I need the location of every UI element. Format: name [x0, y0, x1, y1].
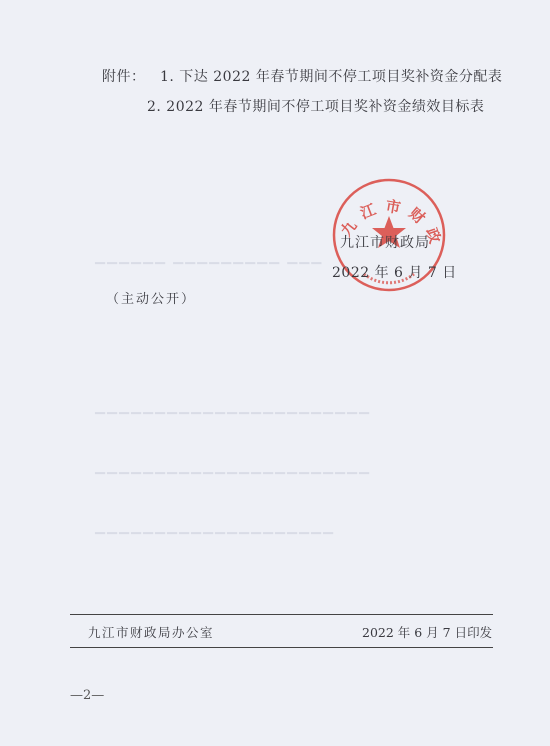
attachment-item-2: 2. 2022 年春节期间不停工项目奖补资金绩效目标表: [147, 96, 484, 116]
footer-bottom-rule: [70, 647, 493, 648]
document-page: ▁▁▁▁▁▁ ▁▁▁▁▁▁▁▁▁ ▁▁▁ ▁▁▁▁▁▁▁▁▁▁▁▁▁▁▁▁▁▁▁…: [0, 0, 550, 746]
bleed-through-text: ▁▁▁▁▁▁▁▁▁▁▁▁▁▁▁▁▁▁▁▁▁▁▁: [95, 400, 371, 415]
signing-date: 2022 年 6 月 7 日: [332, 262, 457, 282]
bleed-through-text: ▁▁▁▁▁▁ ▁▁▁▁▁▁▁▁▁ ▁▁▁: [95, 250, 323, 265]
bleed-through-text: ▁▁▁▁▁▁▁▁▁▁▁▁▁▁▁▁▁▁▁▁: [95, 520, 335, 535]
footer-issue-date: 2022 年 6 月 7 日印发: [362, 623, 492, 641]
attachment-item-1: 1. 下达 2022 年春节期间不停工项目奖补资金分配表: [160, 66, 502, 86]
footer-top-rule: [70, 614, 493, 615]
footer-office: 九江市财政局办公室: [88, 623, 214, 641]
attachments-label: 附件：: [102, 66, 146, 86]
bleed-through-text: ▁▁▁▁▁▁▁▁▁▁▁▁▁▁▁▁▁▁▁▁▁▁▁: [95, 460, 371, 475]
page-number: —2—: [70, 688, 104, 703]
signing-organization: 九江市财政局: [340, 232, 430, 252]
disclosure-notice: （主动公开）: [106, 288, 196, 307]
